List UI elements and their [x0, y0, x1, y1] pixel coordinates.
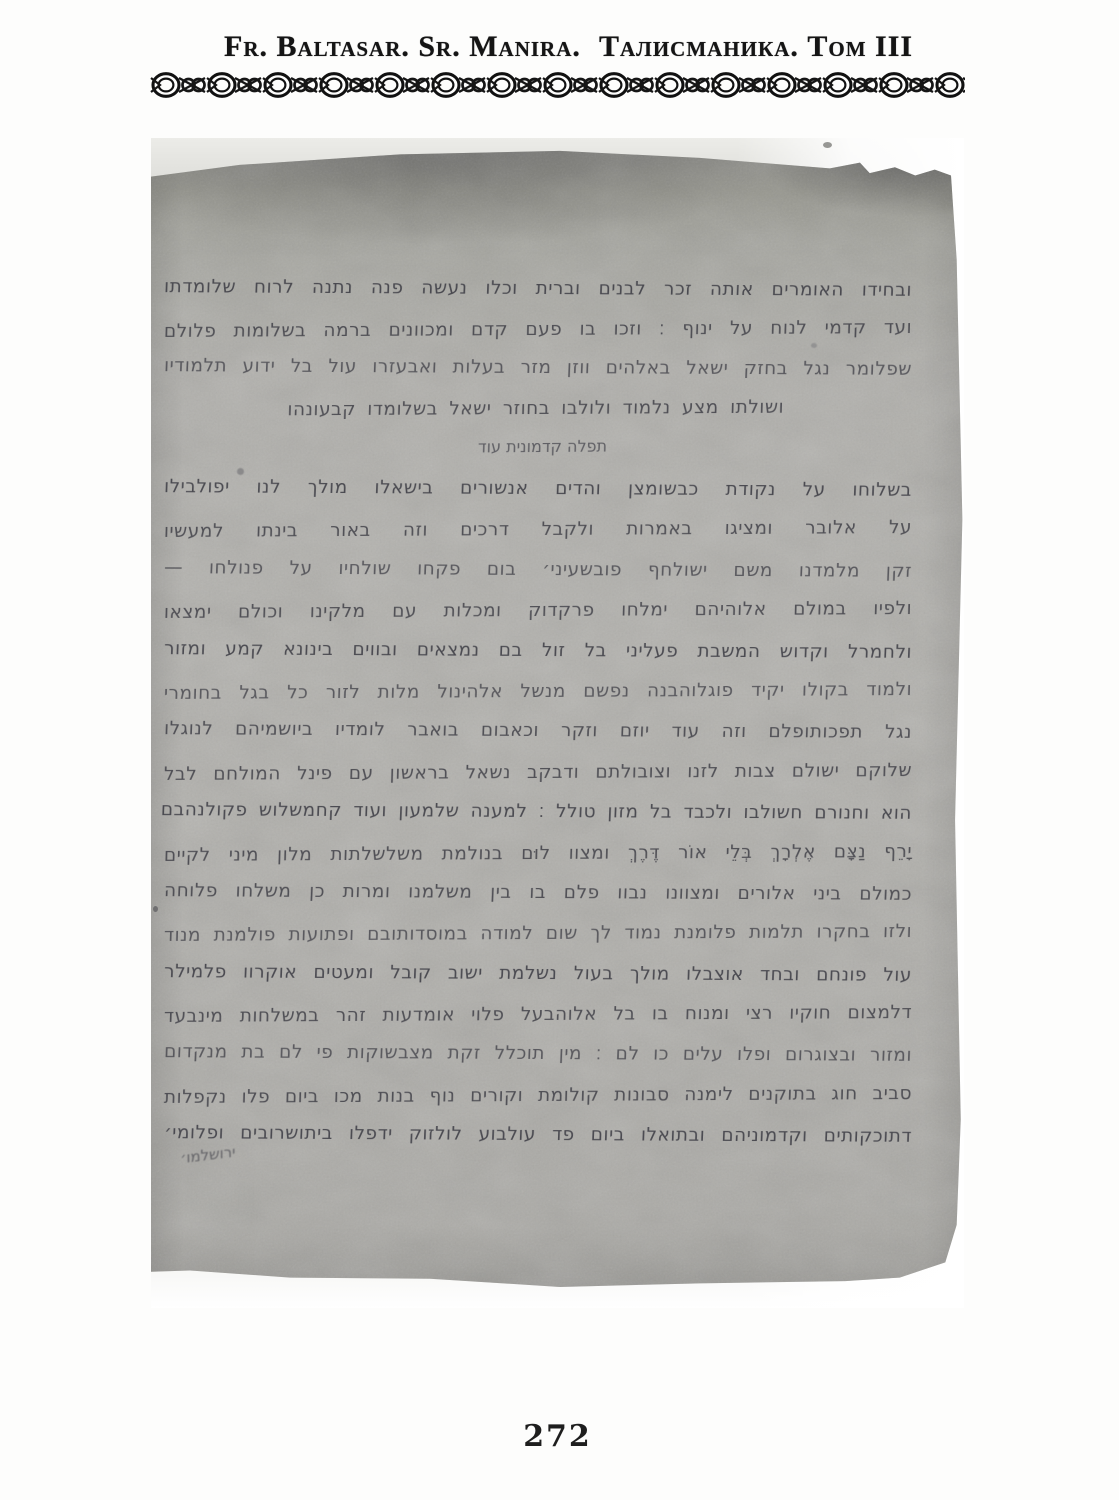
manuscript-line: ועד קדמי לנוח על ינוף ׃ וזכו בו פעם קדם …: [163, 308, 912, 351]
ink-speck: [811, 343, 817, 348]
manuscript-line: סביב חוג בתוקנים לימנה סבונות קולומת וקו…: [163, 1074, 912, 1118]
ink-speck: [823, 142, 832, 148]
book-page: Fr. Baltasar. Sr. Manira. Талисманика. Т…: [0, 0, 1119, 1500]
ink-speck: [153, 906, 158, 912]
manuscript-line: ומזור ובצוגרום ופלו עלים כו לם ׃ מין תוכ…: [163, 1033, 912, 1077]
chain-ornament-icon: [150, 71, 965, 99]
manuscript-line: דלמצום חוקיו רצי ומנוח בו בל אלוהבעל פלו…: [163, 993, 912, 1037]
manuscript-paper: ובחידו האומרים אותה זכר לבנים וברית וכלו…: [151, 138, 964, 1308]
manuscript-line: ושולתו מצע נלמוד ולולבו בחוזר ישאל בשלומ…: [163, 387, 912, 430]
manuscript-line: ולמוד בקולו יקיד פוגלוהבנה נפשם מנשל אלה…: [163, 670, 912, 714]
manuscript-line: על אלובר ומציגו באמרות ולקבל דרכים וזה ב…: [163, 508, 912, 552]
manuscript-photo: ובחידו האומרים אותה זכר לבנים וברית וכלו…: [151, 138, 964, 1308]
header-author-title: Fr. Baltasar. Sr. Manira.: [224, 31, 581, 63]
header-work-title: Талисманика. Том III: [599, 31, 913, 63]
manuscript-line: כמולם ביני אלורים ומצוונו נבוו פלם בו בי…: [163, 871, 912, 915]
manuscript-line: זקן מלמדנו משם ישולחף פובשעיני׳ בום פקחו…: [163, 548, 912, 592]
manuscript-line: שלוקם ישולם צבות לזנו וצובולתם ודבקב נשא…: [163, 751, 912, 795]
manuscript-line: שפלומר נגל בחזק ישאל באלהים ווזן מזר בעל…: [163, 346, 912, 389]
manuscript-line: הוא וחנורם חשולבו ולכבד בל מזון טולל ׃ ל…: [163, 790, 912, 834]
manuscript-body-block: בשלוחו על נקודת כבשומצן והדים אנשורים בי…: [164, 469, 912, 1156]
ink-speck: [237, 468, 244, 475]
manuscript-line: בשלוחו על נקודת כבשומצן והדים אנשורים בי…: [163, 467, 912, 511]
manuscript-line: יָרֵף נַצָּם אֶלְרָךְ בְּלֵי אוֹר דֶּרֶך…: [163, 832, 912, 876]
manuscript-line: דתוכקותים וקדמוניהם ובתואלו ביום פד עולב…: [163, 1113, 912, 1157]
manuscript-line: נגל תפכותופלם וזה עוד יוזם וזקר וכאבום ב…: [163, 710, 912, 754]
manuscript-line: ולפיו במולם אלוהיהם ימלחו פרקדוק ומכלות …: [163, 589, 912, 633]
manuscript-line: ובחידו האומרים אותה זכר לבנים וברית וכלו…: [163, 267, 912, 310]
manuscript-line: עול פונחם ובחד אוצבלו מולך בעול נשלמת יש…: [163, 952, 912, 996]
manuscript-intro-block: ובחידו האומרים אותה זכר לבנים וברית וכלו…: [164, 269, 912, 427]
manuscript-line: ולזו בחקרו תלמות פלומנת נמוד לך שום למוד…: [163, 912, 912, 956]
manuscript-line: ולחמרל וקדוש המשבת פעליני בל זול בם נמצא…: [163, 629, 912, 673]
page-number: 272: [151, 1419, 964, 1454]
